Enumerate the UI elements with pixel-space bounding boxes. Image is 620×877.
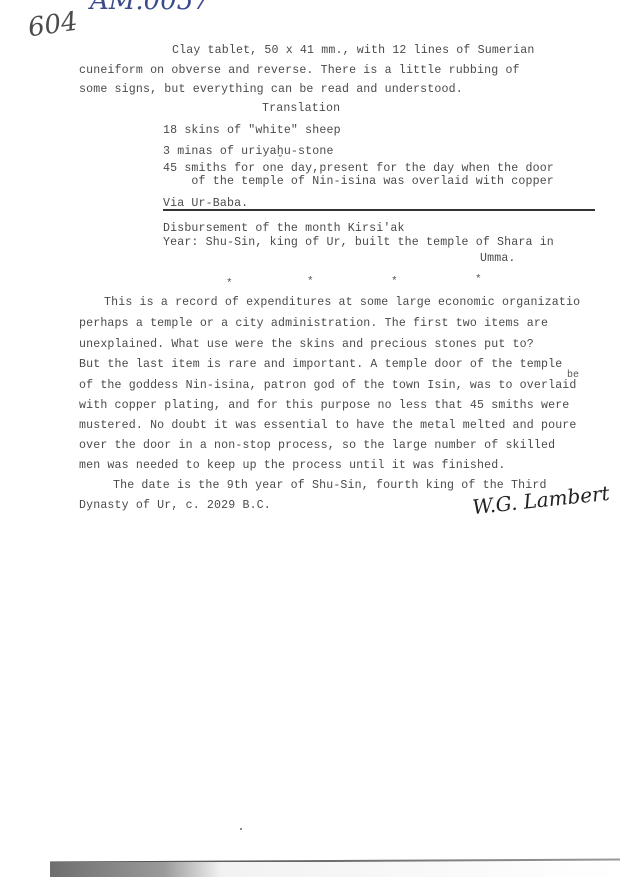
- intro-line: some signs, but everything can be read a…: [79, 83, 463, 96]
- commentary-line: This is a record of expenditures at some…: [104, 296, 580, 309]
- separator-star: *: [475, 274, 482, 286]
- scan-speck: [240, 828, 242, 830]
- year-line-continuation: Umma.: [480, 252, 516, 265]
- intro-line: Clay tablet, 50 x 41 mm., with 12 lines …: [172, 44, 534, 57]
- handwritten-page-number: 604: [26, 7, 79, 44]
- translation-item: of the temple of Nin-isina was overlaid …: [163, 175, 554, 188]
- scan-shadow-bar: [50, 862, 620, 877]
- intro-line: cuneiform on obverse and reverse. There …: [79, 64, 520, 77]
- commentary-line: But the last item is rare and important.…: [79, 358, 562, 371]
- closing-line: The date is the 9th year of Shu-Sin, fou…: [113, 479, 547, 492]
- translation-heading: Translation: [262, 102, 340, 115]
- year-line: Year: Shu-Sin, king of Ur, built the tem…: [163, 236, 554, 249]
- divider-rule: [163, 209, 595, 211]
- commentary-line: over the door in a non-stop process, so …: [79, 439, 555, 452]
- separator-star: *: [391, 276, 398, 288]
- commentary-line: perhaps a temple or a city administratio…: [79, 317, 548, 330]
- separator-star: *: [307, 276, 314, 288]
- disbursement-line: Disbursement of the month Kirsi'ak: [163, 222, 405, 235]
- translation-item: 18 skins of "white" sheep: [163, 124, 341, 137]
- commentary-line: unexplained. What use were the skins and…: [79, 338, 534, 351]
- handwritten-archive-mark: AM.0057: [90, 0, 210, 16]
- commentary-line: of the goddess Nin-isina, patron god of …: [79, 379, 577, 392]
- commentary-line: men was needed to keep up the process un…: [79, 459, 505, 472]
- translation-item: 3 minas of uriyaḫu-stone: [163, 145, 334, 158]
- closing-line: Dynasty of Ur, c. 2029 B.C.: [79, 499, 271, 512]
- separator-star: *: [226, 278, 233, 290]
- commentary-line: mustered. No doubt it was essential to h…: [79, 419, 577, 432]
- commentary-line: with copper plating, and for this purpos…: [79, 399, 569, 412]
- translation-item: 45 smiths for one day,present for the da…: [163, 162, 554, 175]
